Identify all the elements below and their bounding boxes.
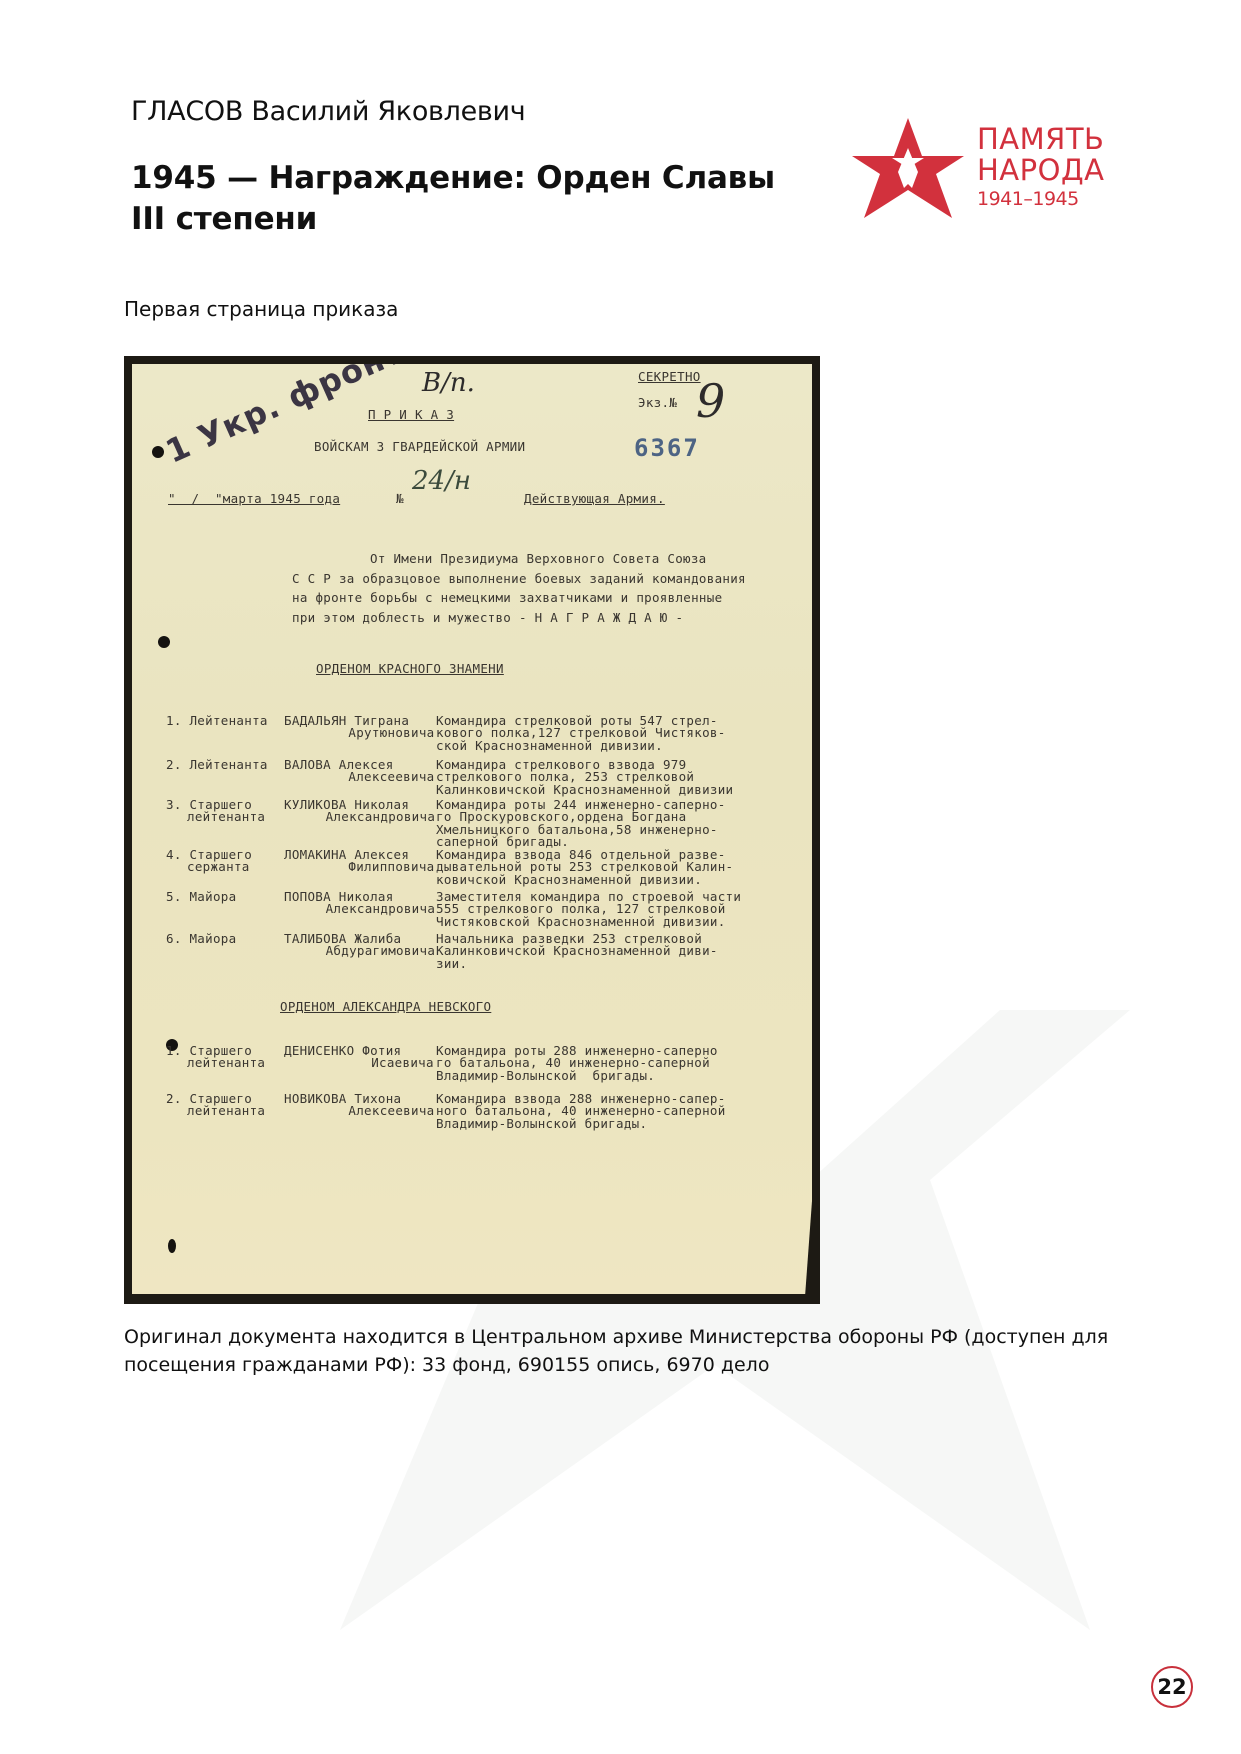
- entry-description: Калинковичской Краснознаменной диви-: [436, 944, 718, 958]
- preamble-line: С С Р за образцовое выполнение боевых за…: [292, 572, 746, 586]
- entry-description: ковичской Краснознаменной дивизии.: [436, 873, 702, 887]
- section-heading: ОРДЕНОМ АЛЕКСАНДРА НЕВСКОГО: [280, 1000, 491, 1014]
- logo-line1: ПАМЯТЬ: [977, 124, 1104, 155]
- secret-label: СЕКРЕТНО: [638, 370, 701, 384]
- punch-hole: [158, 636, 170, 648]
- entry-description: Калинковичской Краснознаменной дивизии: [436, 783, 733, 797]
- entry-name: Александровича: [326, 810, 436, 824]
- order-date: " / "марта 1945 года: [168, 492, 340, 506]
- entry-description: Владимир-Волынской бригады.: [436, 1069, 655, 1083]
- preamble-line: при этом доблесть и мужество - Н А Г Р А…: [292, 611, 683, 625]
- punch-hole: [152, 446, 164, 458]
- entry-description: Чистяковской Краснознаменной дивизии.: [436, 915, 726, 929]
- award-title-line2: III степени: [131, 199, 775, 240]
- handwritten-note: В/п.: [422, 368, 475, 398]
- order-number-label: №: [396, 492, 404, 506]
- entry-rank: 2. Лейтенанта: [166, 758, 268, 772]
- entry-rank: 5. Майора: [166, 890, 236, 904]
- order-number-handwritten: 24/н: [412, 466, 471, 496]
- red-star-icon: [852, 118, 964, 218]
- award-title-line1: 1945 — Награждение: Орден Славы: [131, 158, 775, 199]
- order-subtitle: ВОЙСКАМ 3 ГВАРДЕЙСКОЙ АРМИИ: [314, 440, 525, 454]
- logo-line2: НАРОДА: [977, 155, 1104, 186]
- registration-stamp-number: 6367: [634, 434, 700, 462]
- pamyat-naroda-logo: ПАМЯТЬ НАРОДА 1941–1945: [852, 118, 1122, 218]
- entry-description: зии.: [436, 957, 467, 971]
- entry-name: Алексеевича: [348, 770, 434, 784]
- award-title: 1945 — Награждение: Орден Славы III степ…: [131, 158, 775, 240]
- entry-description: ской Краснознаменной дивизии.: [436, 739, 663, 753]
- entry-name: Филипповича: [348, 860, 434, 874]
- copy-number-handwritten: 9: [696, 374, 725, 428]
- entry-rank: лейтенанта: [187, 810, 265, 824]
- entry-rank: лейтенанта: [187, 1056, 265, 1070]
- punch-hole: [168, 1239, 176, 1253]
- entry-name: Арутюновича: [348, 726, 434, 740]
- entry-rank: лейтенанта: [187, 1104, 265, 1118]
- entry-name: Александровича: [326, 902, 436, 916]
- entry-name: Абдурагимовича: [326, 944, 436, 958]
- entry-name: Алексеевича: [348, 1104, 434, 1118]
- page-number: 22: [1151, 1666, 1193, 1708]
- preamble-line: на фронте борьбы с немецкими захватчикам…: [292, 591, 722, 605]
- order-location: Действующая Армия.: [524, 492, 665, 506]
- logo-years: 1941–1945: [977, 186, 1104, 212]
- section-heading: ОРДЕНОМ КРАСНОГО ЗНАМЕНИ: [316, 662, 504, 676]
- archive-note: Оригинал документа находится в Центральн…: [124, 1323, 1124, 1379]
- entry-rank: сержанта: [187, 860, 250, 874]
- copy-label: Экз.№: [638, 396, 677, 410]
- person-name: ГЛАСОВ Василий Яковлевич: [131, 96, 525, 127]
- document-paper: 1 Укр. фронт В/п. СЕКРЕТНО Экз.№ 9 6367 …: [132, 364, 812, 1294]
- preamble-line: От Имени Президиума Верховного Совета Со…: [370, 552, 707, 566]
- scan-caption: Первая страница приказа: [124, 297, 398, 321]
- entry-rank: 1. Лейтенанта: [166, 714, 268, 728]
- document-scan-image: 1 Укр. фронт В/п. СЕКРЕТНО Экз.№ 9 6367 …: [124, 356, 820, 1304]
- entry-name: Исаевича: [371, 1056, 434, 1070]
- entry-rank: 6. Майора: [166, 932, 236, 946]
- order-title: П Р И К А З: [368, 408, 454, 422]
- entry-description: Владимир-Волынской бригады.: [436, 1117, 647, 1131]
